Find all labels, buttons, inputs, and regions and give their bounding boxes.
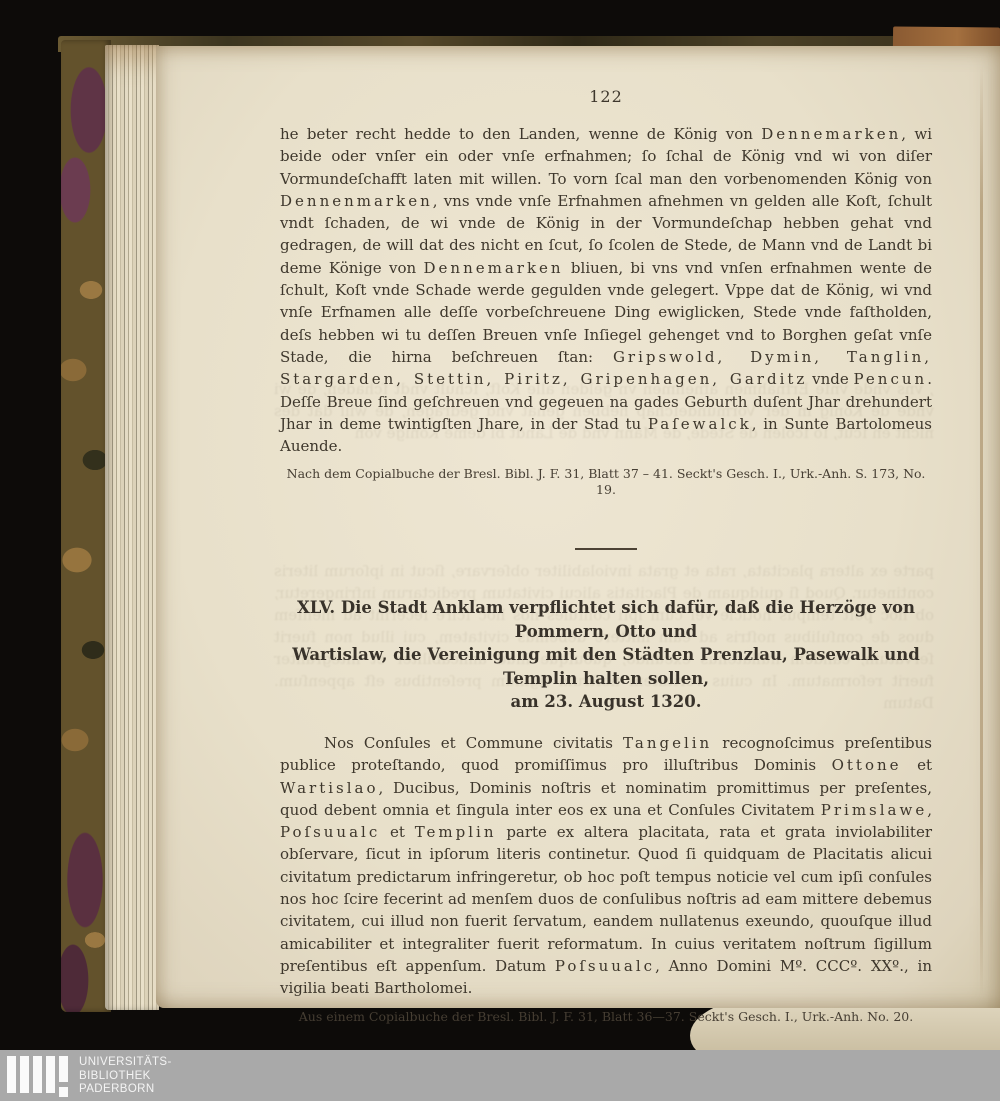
text-run: parte ex altera placitata, rata et grata… — [280, 823, 932, 975]
text-run: vnde — [807, 370, 853, 388]
spaced-proper-name: Ottone — [832, 756, 902, 774]
section-divider-1 — [575, 548, 637, 550]
logo-bar-icon — [7, 1056, 16, 1093]
logo-bar-icon — [33, 1056, 42, 1093]
spaced-proper-name: Dennemarken — [424, 259, 564, 277]
logo-exclamation-dot-icon — [59, 1087, 68, 1097]
text-run: Nos Conſules et Commune civitatis — [324, 734, 623, 752]
spaced-proper-name: Dennemarken — [761, 125, 901, 143]
page-number: 122 — [280, 87, 932, 106]
heading-line-3: am 23. August 1320. — [280, 690, 932, 714]
spaced-proper-name: Paſewalck — [648, 415, 752, 433]
logo-exclamation-icon — [59, 1056, 68, 1082]
section-heading: XLV. Die Stadt Anklam verpflichtet sich … — [280, 596, 932, 714]
source-citation-1: Nach dem Copialbuche der Bresl. Bibl. J.… — [280, 466, 932, 498]
heading-line-1: XLV. Die Stadt Anklam verpflichtet sich … — [280, 596, 932, 643]
watermark-line1: UNIVERSITÄTS- — [79, 1056, 172, 1070]
spaced-proper-name: Pencun — [854, 370, 928, 388]
text-run: , — [927, 801, 932, 819]
page-crease — [980, 66, 983, 996]
heading-line-2: Wartislaw, die Vereinigung mit den Städt… — [280, 643, 932, 690]
watermark-line2: BIBLIOTHEK — [79, 1070, 172, 1084]
text-run: he beter recht hedde to den Landen, wenn… — [280, 125, 761, 143]
spaced-proper-name: Wartislao — [280, 779, 379, 797]
paragraph-low-german: he beter recht hedde to den Landen, wenn… — [280, 123, 932, 457]
page-stack-edges — [105, 45, 159, 1010]
book-page: , vns vnde vnſe Erfnahmen afnehmen vn ge… — [156, 46, 1000, 1008]
logo-bar-icon — [46, 1056, 55, 1093]
ub-paderborn-logo — [7, 1056, 65, 1097]
watermark-bar: UNIVERSITÄTS- BIBLIOTHEK PADERBORN — [0, 1050, 1000, 1101]
spaced-proper-name: Templin — [415, 823, 497, 841]
page-content: 122 he beter recht hedde to den Landen, … — [280, 87, 932, 1061]
spaced-proper-name: Poſsuualc — [555, 957, 655, 975]
text-run: et — [902, 756, 932, 774]
spaced-proper-name: Dennenmarken — [280, 192, 433, 210]
watermark-line3: PADERBORN — [79, 1083, 172, 1097]
watermark-text: UNIVERSITÄTS- BIBLIOTHEK PADERBORN — [79, 1056, 172, 1097]
marbled-cover-edge — [61, 40, 111, 1012]
source-citation-2: Aus einem Copialbuche der Bresl. Bibl. J… — [280, 1009, 932, 1025]
paragraph-latin: Nos Conſules et Commune civitatis Tangel… — [280, 732, 932, 1000]
text-run: et — [380, 823, 414, 841]
scan-canvas: , vns vnde vnſe Erfnahmen afnehmen vn ge… — [0, 0, 1000, 1101]
spaced-proper-name: Tangelin — [623, 734, 712, 752]
logo-bar-icon — [20, 1056, 29, 1093]
spaced-proper-name: Poſsuualc — [280, 823, 380, 841]
spaced-proper-name: Primslawe — [821, 801, 927, 819]
